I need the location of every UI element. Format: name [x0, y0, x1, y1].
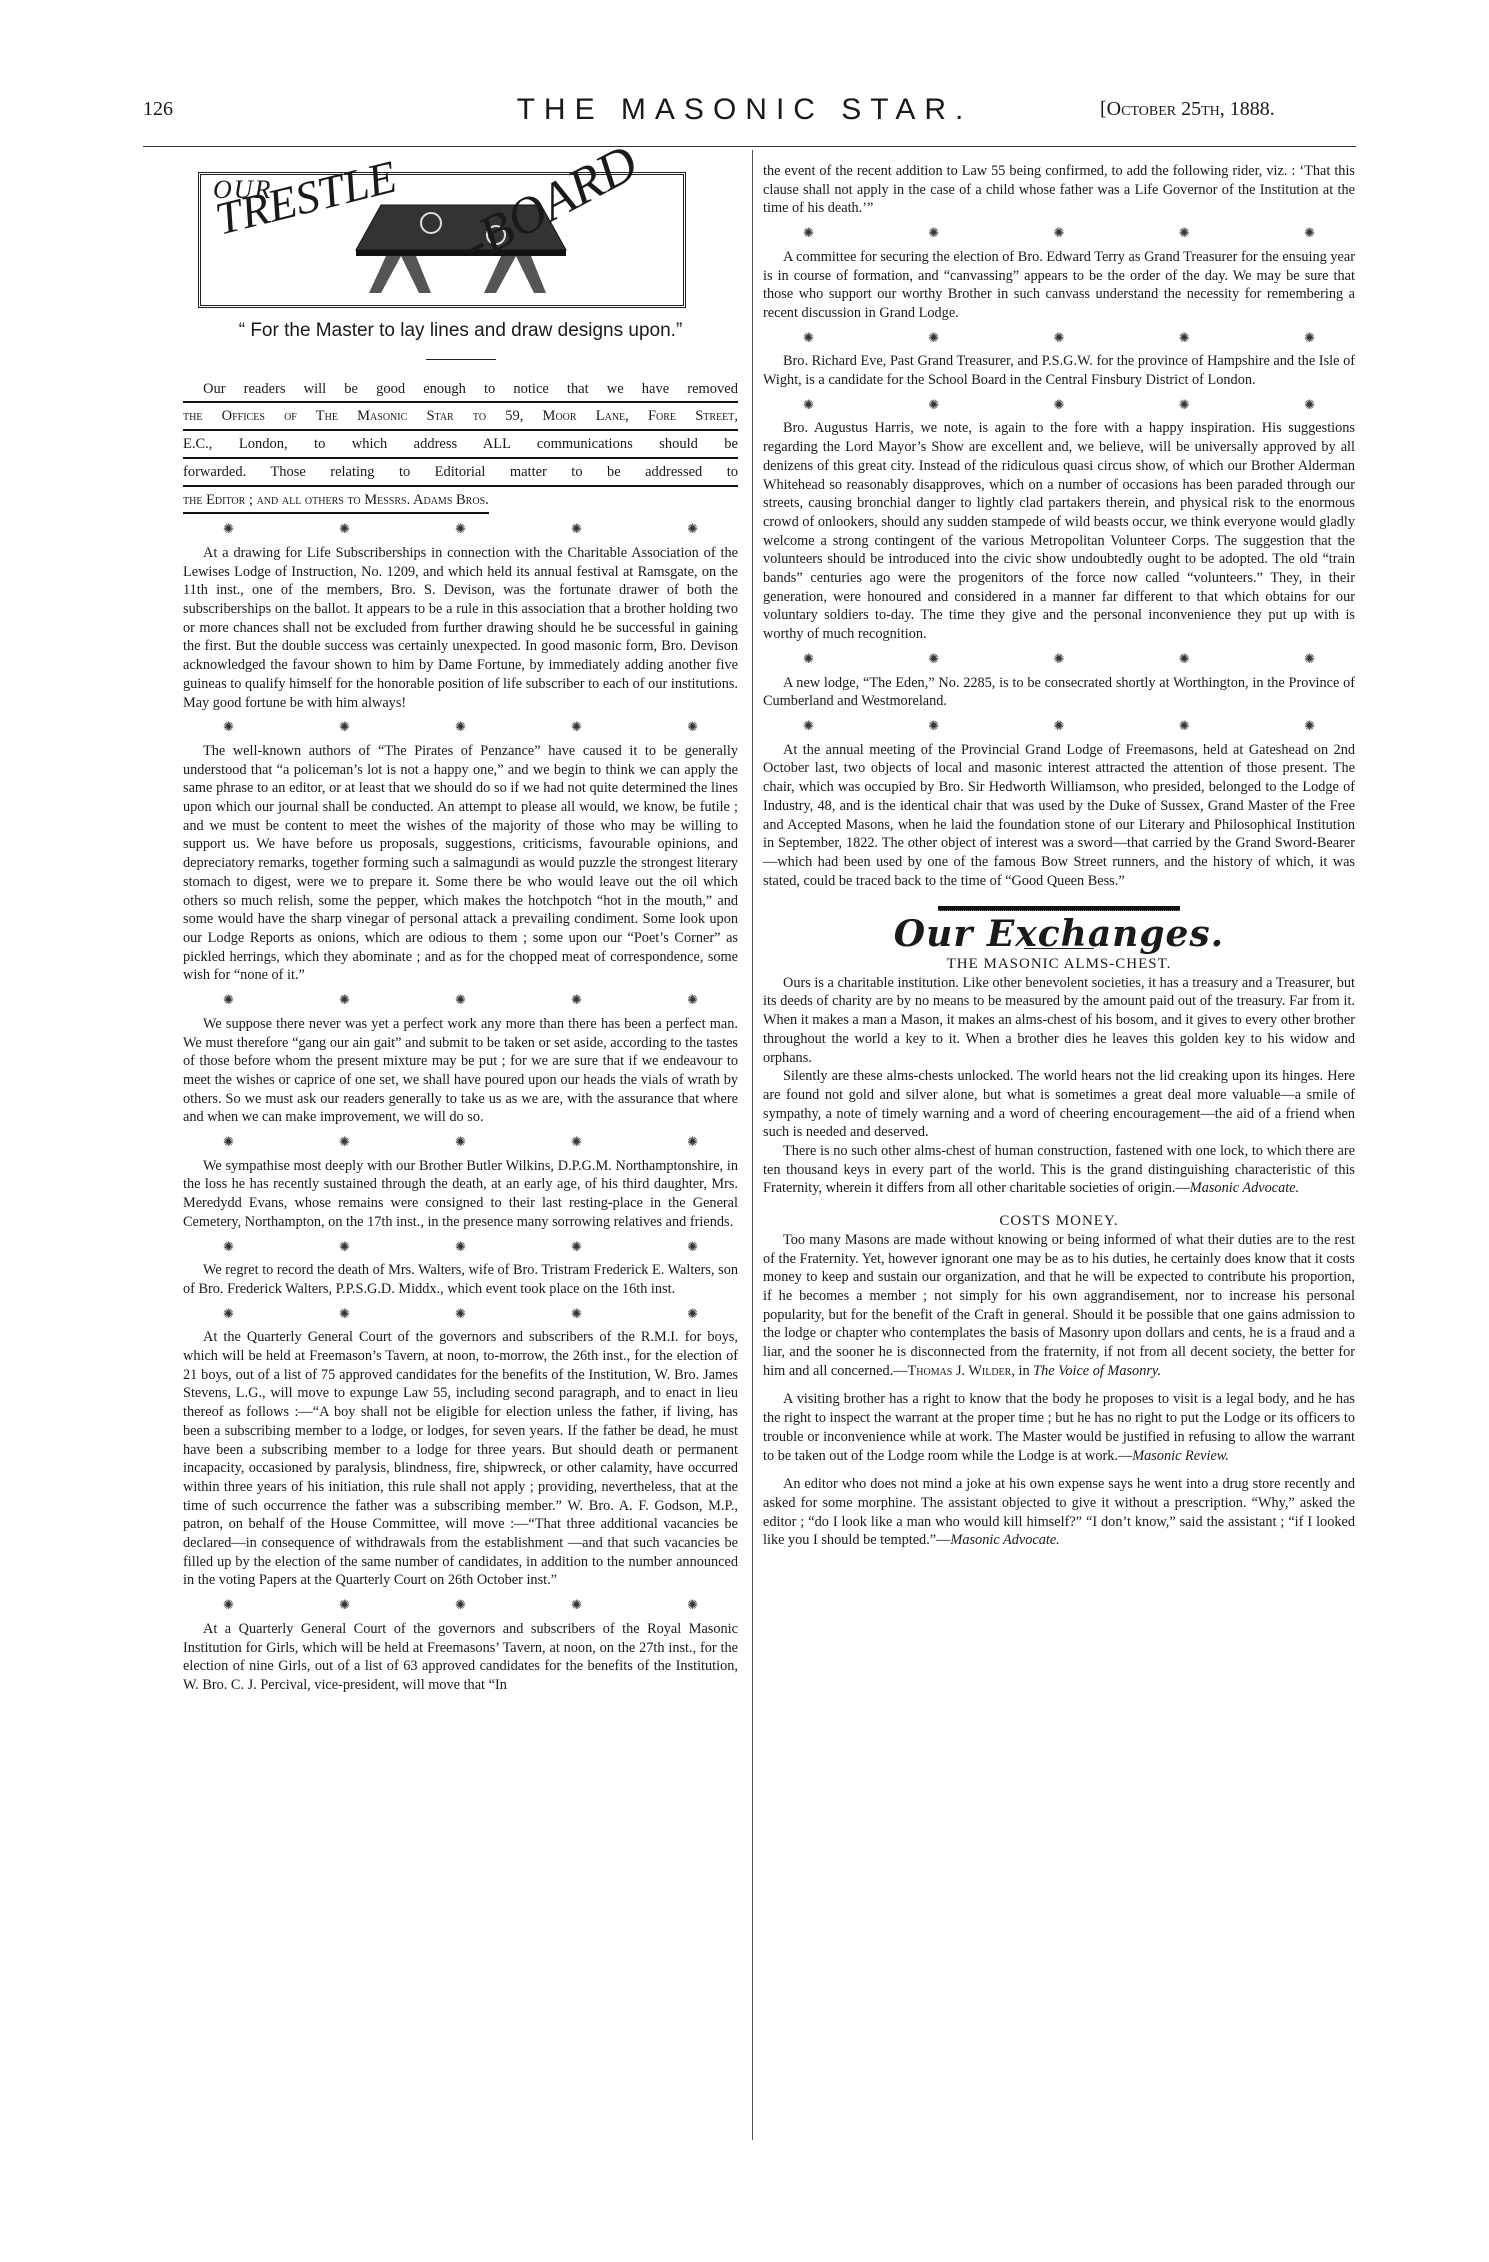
star-icon: [1179, 329, 1190, 348]
star-icon: [803, 650, 814, 669]
paragraph-text: A visiting brother has a right to know t…: [763, 1391, 1355, 1463]
paragraph-text: , in: [1011, 1363, 1033, 1379]
issue-date: [October 25th, 1888.: [1100, 98, 1275, 121]
trestle-board-banner: OUR TRESTLE -BOARD: [198, 172, 686, 308]
article-paragraph: Silently are these alms-chests unlocked.…: [763, 1067, 1355, 1142]
source-citation: The Voice of Masonry.: [1033, 1363, 1161, 1379]
star-icon: [687, 1133, 698, 1152]
source-citation: Masonic Advocate.: [1190, 1180, 1299, 1196]
subheading-costs-money: COSTS MONEY.: [763, 1212, 1355, 1231]
star-icon: [1179, 396, 1190, 415]
article-paragraph: Too many Masons are made without knowing…: [763, 1231, 1355, 1381]
star-icon: [223, 1238, 234, 1257]
article-paragraph: the event of the recent addition to Law …: [763, 162, 1355, 218]
star-icon: [1304, 329, 1315, 348]
star-icon: [339, 520, 350, 539]
star-icon: [571, 520, 582, 539]
star-icon: [455, 991, 466, 1010]
article-paragraph: A new lodge, “The Eden,” No. 2285, is to…: [763, 674, 1355, 711]
star-icon: [1179, 224, 1190, 243]
article-paragraph: We sympathise most deeply with our Broth…: [183, 1157, 738, 1232]
star-icon: [1054, 717, 1065, 736]
star-icon: [223, 991, 234, 1010]
article-paragraph: We suppose there never was yet a perfect…: [183, 1015, 738, 1127]
column-divider: [752, 150, 753, 2140]
star-icon: [803, 329, 814, 348]
star-icon: [223, 1596, 234, 1615]
article-paragraph: At a Quarterly General Court of the gove…: [183, 1620, 738, 1695]
article-paragraph: At the annual meeting of the Provincial …: [763, 741, 1355, 891]
star-icon: [571, 1596, 582, 1615]
star-icon: [339, 991, 350, 1010]
star-icon: [687, 1305, 698, 1324]
paragraph-text: Too many Masons are made without knowing…: [763, 1232, 1355, 1379]
right-column: the event of the recent addition to Law …: [763, 162, 1355, 1550]
notice-line: the Editor ; and all others to Messrs. A…: [183, 487, 489, 515]
article-paragraph: At a drawing for Life Subscriberships in…: [183, 544, 738, 712]
star-icon: [1054, 396, 1065, 415]
star-icon: [1304, 224, 1315, 243]
relocation-notice: Our readers will be good enough to notic…: [183, 376, 738, 515]
asterism-divider: [183, 1232, 738, 1262]
asterism-divider: [763, 644, 1355, 674]
asterism-divider: [183, 1590, 738, 1620]
star-icon: [223, 520, 234, 539]
source-citation: Masonic Review.: [1132, 1448, 1229, 1464]
star-icon: [928, 329, 939, 348]
star-icon: [339, 1133, 350, 1152]
article-paragraph: Ours is a charitable institution. Like o…: [763, 974, 1355, 1068]
star-icon: [1179, 717, 1190, 736]
star-icon: [687, 520, 698, 539]
star-icon: [455, 1133, 466, 1152]
left-column: OUR TRESTLE -BOARD “ For the Master to l…: [183, 162, 738, 1695]
notice-line: E.C., London, to which address ALL commu…: [183, 431, 738, 459]
article-paragraph: An editor who does not mind a joke at hi…: [763, 1475, 1355, 1550]
star-icon: [803, 224, 814, 243]
star-icon: [928, 717, 939, 736]
star-icon: [687, 991, 698, 1010]
asterism-divider: [183, 1299, 738, 1329]
article-paragraph: A visiting brother has a right to know t…: [763, 1390, 1355, 1465]
header-rule: [143, 146, 1356, 147]
star-icon: [1054, 224, 1065, 243]
article-paragraph: The well-known authors of “The Pirates o…: [183, 742, 738, 985]
motto: “ For the Master to lay lines and draw d…: [183, 322, 738, 341]
star-icon: [571, 718, 582, 737]
star-icon: [1054, 650, 1065, 669]
star-icon: [1179, 650, 1190, 669]
notice-line: the Offices of The Masonic Star to 59, M…: [183, 403, 738, 431]
star-icon: [455, 1596, 466, 1615]
asterism-divider: [763, 711, 1355, 741]
article-paragraph: Bro. Augustus Harris, we note, is again …: [763, 419, 1355, 643]
star-icon: [1304, 396, 1315, 415]
asterism-divider: [183, 1127, 738, 1157]
star-icon: [455, 1305, 466, 1324]
article-paragraph: A committee for securing the election of…: [763, 248, 1355, 323]
divider: [426, 359, 496, 360]
star-icon: [928, 650, 939, 669]
star-icon: [223, 1133, 234, 1152]
subheading-alms-chest: THE MASONIC ALMS-CHEST.: [763, 955, 1355, 974]
article-paragraph: Bro. Richard Eve, Past Grand Treasurer, …: [763, 352, 1355, 389]
star-icon: [928, 396, 939, 415]
article-paragraph: At the Quarterly General Court of the go…: [183, 1328, 738, 1590]
star-icon: [687, 1596, 698, 1615]
star-icon: [571, 1133, 582, 1152]
asterism-divider: [763, 390, 1355, 420]
asterism-divider: [183, 514, 738, 544]
asterism-divider: [763, 323, 1355, 353]
notice-line: Our readers will be good enough to notic…: [183, 376, 738, 404]
article-paragraph: There is no such other alms-chest of hum…: [763, 1142, 1355, 1198]
star-icon: [687, 1238, 698, 1257]
star-icon: [571, 1238, 582, 1257]
star-icon: [571, 1305, 582, 1324]
section-rule: [938, 906, 1180, 911]
asterism-divider: [763, 218, 1355, 248]
section-title-our-exchanges: Our Exchanges.: [763, 925, 1355, 944]
star-icon: [803, 717, 814, 736]
star-icon: [455, 520, 466, 539]
star-icon: [928, 224, 939, 243]
article-paragraph: We regret to record the death of Mrs. Wa…: [183, 1261, 738, 1298]
source-citation: Masonic Advocate.: [950, 1532, 1059, 1548]
star-icon: [339, 1238, 350, 1257]
star-icon: [339, 718, 350, 737]
author-name: Thomas J. Wilder: [908, 1363, 1012, 1379]
asterism-divider: [183, 985, 738, 1015]
star-icon: [455, 1238, 466, 1257]
star-icon: [803, 396, 814, 415]
star-icon: [339, 1305, 350, 1324]
star-icon: [1054, 329, 1065, 348]
star-icon: [687, 718, 698, 737]
star-icon: [1304, 717, 1315, 736]
star-icon: [571, 991, 582, 1010]
star-icon: [223, 718, 234, 737]
star-icon: [1304, 650, 1315, 669]
star-icon: [339, 1596, 350, 1615]
star-icon: [455, 718, 466, 737]
notice-line: forwarded. Those relating to Editorial m…: [183, 459, 738, 487]
star-icon: [223, 1305, 234, 1324]
asterism-divider: [183, 712, 738, 742]
